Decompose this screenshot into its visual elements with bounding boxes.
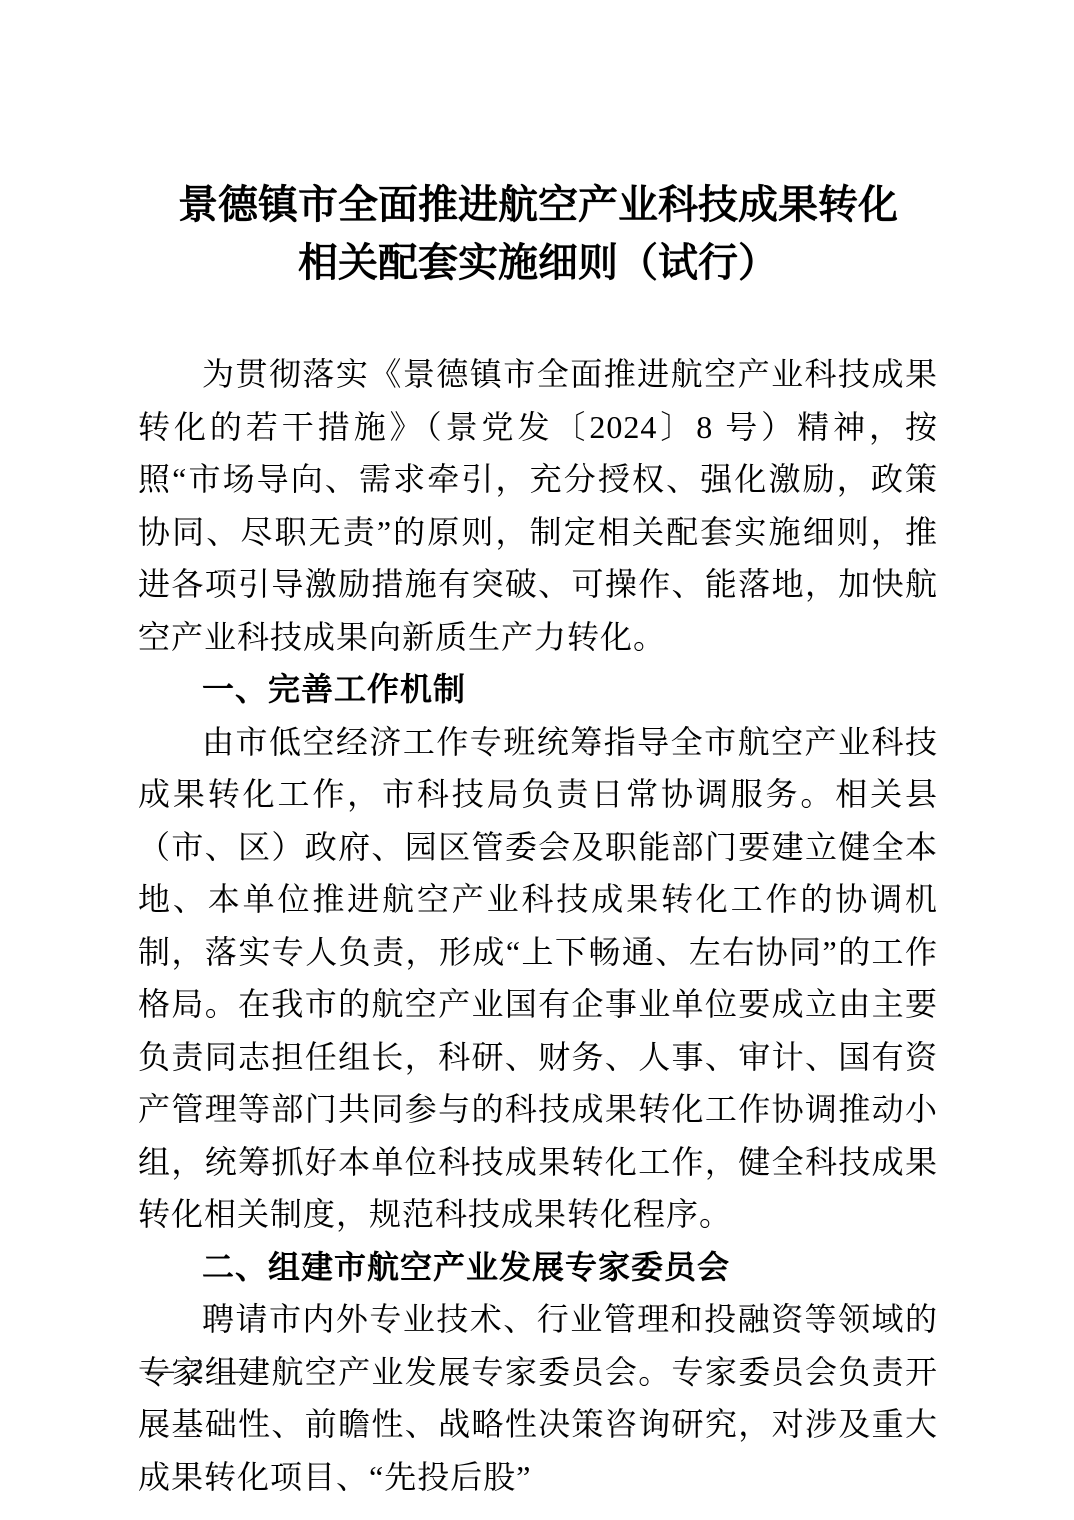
document-title-line-2: 相关配套实施细则（试行） (298, 240, 778, 285)
document-title: 景德镇市全面推进航空产业科技成果转化 相关配套实施细则（试行） (138, 176, 938, 292)
document-title-line-1: 景德镇市全面推进航空产业科技成果转化 (178, 182, 898, 227)
document-body: 为贯彻落实《景德镇市全面推进航空产业科技成果转化的若干措施》（景党发〔2024〕… (138, 348, 938, 1503)
section-heading-2: 二、组建市航空产业发展专家委员会 (138, 1241, 938, 1294)
document-content: 景德镇市全面推进航空产业科技成果转化 相关配套实施细则（试行） 为贯彻落实《景德… (138, 176, 938, 1503)
page-number: — 2 — (145, 1350, 252, 1390)
section-heading-1: 一、完善工作机制 (138, 663, 938, 716)
paragraph-intro: 为贯彻落实《景德镇市全面推进航空产业科技成果转化的若干措施》（景党发〔2024〕… (138, 348, 938, 663)
document-page: 景德镇市全面推进航空产业科技成果转化 相关配套实施细则（试行） 为贯彻落实《景德… (0, 0, 1074, 1520)
paragraph-section-1: 由市低空经济工作专班统筹指导全市航空产业科技成果转化工作，市科技局负责日常协调服… (138, 716, 938, 1241)
paragraph-section-2: 聘请市内外专业技术、行业管理和投融资等领域的专家组建航空产业发展专家委员会。专家… (138, 1293, 938, 1503)
